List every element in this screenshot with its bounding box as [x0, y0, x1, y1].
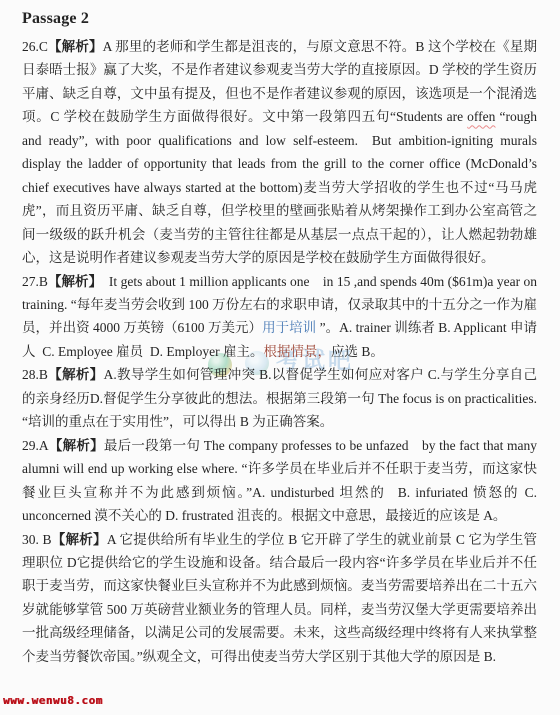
explanation-paragraph-q30: 30. B【解析】A 它提供给所有毕业生的学位 B 它开辟了学生的就业前景 C … — [22, 528, 537, 669]
text-run: A 它提供给所有毕业生的学位 B 它开辟了学生的就业前景 C 它为学生管理职位 … — [22, 532, 537, 664]
text-run: 28.B — [22, 367, 48, 382]
text-run: 【解析】 — [52, 532, 107, 547]
document-body: Passage 2 26.C【解析】A 那里的老师和学生都是沮丧的，与原文意思不… — [22, 6, 537, 668]
text-run: 【解析】 — [48, 274, 102, 289]
text-run: 【解析】 — [49, 438, 104, 453]
text-run: 【解析】 — [48, 39, 103, 54]
explanation-paragraph-q29: 29.A【解析】最后一段第一句 The company professes to… — [22, 434, 537, 528]
text-run: 【解析】 — [48, 367, 104, 382]
explanation-paragraph-q26: 26.C【解析】A 那里的老师和学生都是沮丧的，与原文意思不符。B 这个学校在《… — [22, 35, 537, 270]
explanation-paragraph-q28: 28.B【解析】A.教导学生如何管理冲突 B.以督促学生如何应对客户 C.与学生… — [22, 363, 537, 433]
misspelled-word: offen — [467, 109, 495, 124]
text-run: 27.B — [22, 274, 48, 289]
scanned-answer-page: 考试吧 Passage 2 26.C【解析】A 那里的老师和学生都是沮丧的，与原… — [0, 0, 560, 715]
text-run: 应选 B。 — [331, 344, 384, 359]
site-url-watermark: www.wenwu8.com — [3, 694, 103, 707]
text-run: 29.A — [22, 438, 49, 453]
text-run: 用于培训 — [262, 320, 316, 335]
text-run: 30. B — [22, 532, 52, 547]
text-run: 根据情景， — [263, 344, 331, 359]
explanation-paragraph-q27: 27.B【解析】 It gets about 1 million applica… — [22, 270, 537, 364]
text-run: “rough and ready”, with poor qualificati… — [22, 109, 537, 265]
passage-title: Passage 2 — [22, 6, 537, 32]
text-run: 26.C — [22, 39, 48, 54]
